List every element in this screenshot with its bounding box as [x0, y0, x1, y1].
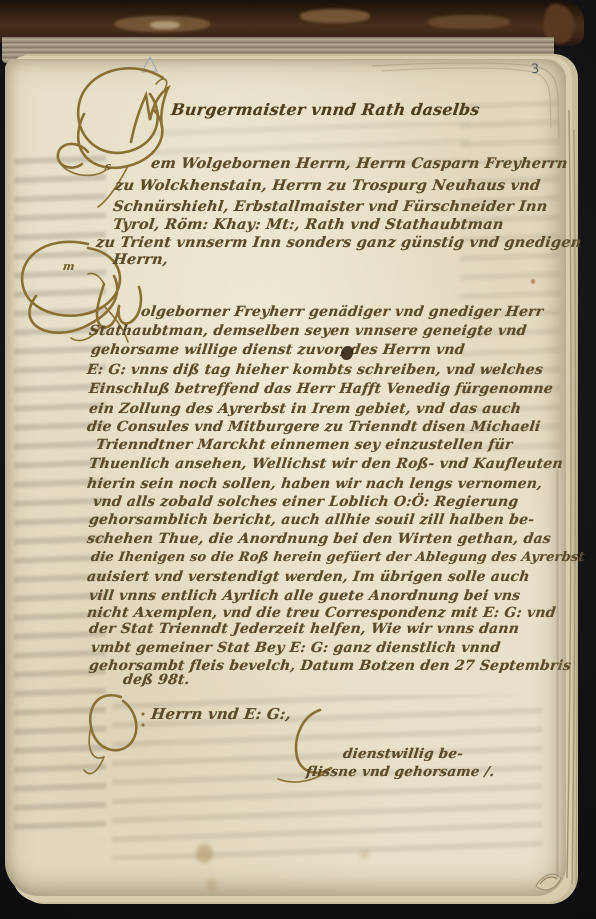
manuscript-line: schehen Thue, die Anordnung bei den Wirt…	[86, 531, 552, 547]
manuscript-line: Tyrol, Röm: Khay: Mt:, Rath vnd Stathaub…	[112, 216, 505, 233]
leather-wear-patch	[300, 9, 370, 23]
manuscript-line: em Wolgebornen Herrn, Herrn Casparn Frey…	[150, 155, 569, 172]
manuscript-line: hierin sein noch sollen, haben wir nach …	[86, 476, 543, 492]
manuscript-line: gehorsamblich bericht, auch allhie souil…	[88, 512, 535, 528]
manuscript-line: deß 98t.	[122, 672, 191, 688]
manuscript-line: vill vnns entlich Ayrlich alle guete Ano…	[88, 588, 521, 604]
manuscript-line: Stathaubtman, demselben seyen vnnsere ge…	[88, 323, 528, 339]
folio-number: 3	[530, 62, 539, 78]
manuscript-line: vnd alls zobald solches einer Loblich O:…	[92, 494, 519, 510]
marginal-dashes: m	[62, 260, 75, 273]
manuscript-line: Einschluß betreffend das Herr Hafft Vene…	[88, 381, 554, 397]
stain	[531, 279, 535, 284]
leather-wear-patch	[428, 15, 510, 29]
manuscript-line: vmbt gemeiner Stat Bey E: G: ganz dienst…	[90, 640, 501, 656]
stain	[196, 844, 213, 863]
manuscript-line: Schnürshiehl, Erbstallmaister vnd Fürsch…	[112, 198, 548, 215]
manuscript-line: ein Zollung des Ayrerbst in Irem gebiet,…	[88, 401, 522, 417]
closing-line: Herrn vnd E: G:,	[150, 705, 292, 723]
stain	[206, 879, 217, 891]
manuscript-photo: 3 Burgermaister vnnd Rath daselbs s m em…	[0, 0, 596, 919]
manuscript-line: auisiert vnd verstendigt werden, Im übri…	[86, 569, 530, 585]
manuscript-line: Trienndtner Marckht einnemen sey einzust…	[95, 437, 513, 453]
manuscript-line: olgeborner Freyherr genädiger vnd gnedig…	[140, 304, 544, 320]
manuscript-line: gehorsame willige dienst zuvor, des Herr…	[90, 342, 466, 358]
heading-line: Burgermaister vnnd Rath daselbs	[170, 100, 481, 119]
manuscript-line: zu Wolckhenstain, Herrn zu Trospurg Neuh…	[114, 177, 541, 194]
manuscript-line: Thuenlich ansehen, Wellichst wir den Roß…	[88, 456, 564, 472]
manuscript-line: nicht Axemplen, vnd die treu Corresponde…	[86, 605, 557, 621]
signature-line: dienstwillig be-	[342, 746, 464, 762]
page-crease	[556, 470, 561, 878]
manuscript-line: der Stat Trienndt Jederzeit helfen, Wie …	[88, 621, 520, 637]
manuscript-line: Herrn,	[112, 251, 169, 268]
leather-wear-patch	[150, 21, 180, 29]
signature-line: flissne vnd gehorsame /.	[305, 764, 495, 780]
manuscript-line: die Ihenigen so die Roß herein gefüert d…	[90, 550, 585, 565]
stain	[360, 850, 369, 859]
manuscript-line: zu Trient vnnserm Inn sonders ganz günst…	[95, 234, 583, 251]
manuscript-line: die Consules vnd Mitburgere zu Trienndt …	[86, 419, 541, 435]
manuscript-line: E: G: vnns diß tag hieher kombts schreib…	[86, 362, 544, 378]
